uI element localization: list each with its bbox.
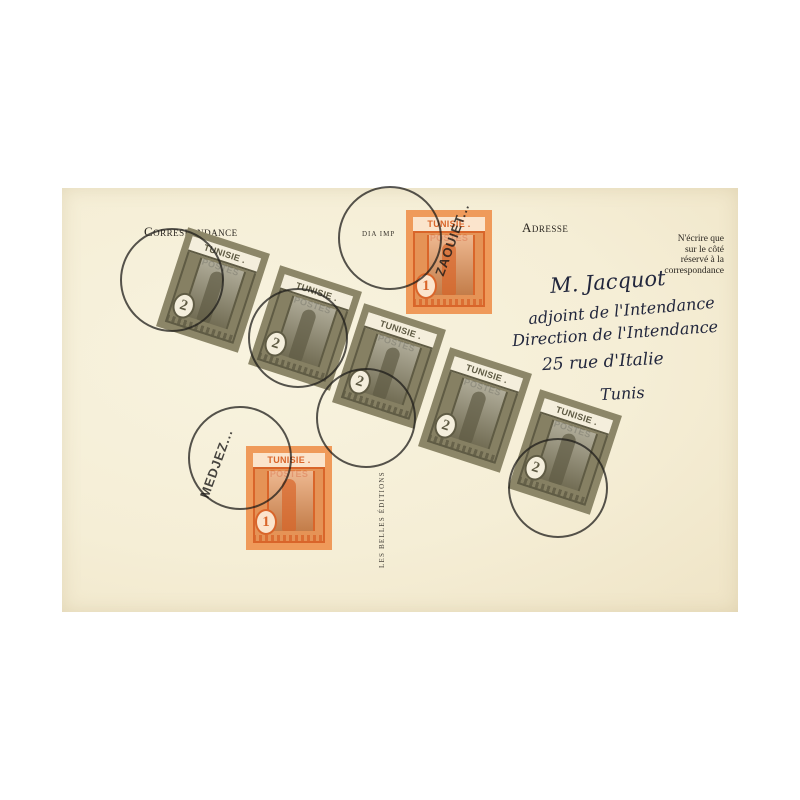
adresse-heading: Adresse bbox=[522, 220, 568, 236]
postmark-left bbox=[120, 228, 224, 332]
stamp-2c-4: TUNISIE . POSTES 2 bbox=[418, 347, 532, 472]
instruction-line: réservé à la bbox=[616, 255, 724, 266]
postmark-center bbox=[316, 368, 416, 468]
stamp-value: 1 bbox=[255, 509, 277, 535]
instruction-line: sur le côté bbox=[616, 245, 724, 256]
address-line-street: 25 rue d'Italie bbox=[542, 349, 665, 375]
postmark-middle bbox=[248, 288, 348, 388]
address-line-city: Tunis bbox=[600, 383, 646, 404]
postmark-right bbox=[508, 438, 608, 538]
address-line-name: M. Jacquot bbox=[549, 266, 666, 298]
postmark-top bbox=[338, 186, 442, 290]
instruction-line: N'écrire que bbox=[616, 234, 724, 245]
postcard: Correspondance Adresse N'écrire que sur … bbox=[62, 188, 738, 612]
publisher-vertical-text: LES BELLES ÉDITIONS bbox=[378, 471, 386, 568]
